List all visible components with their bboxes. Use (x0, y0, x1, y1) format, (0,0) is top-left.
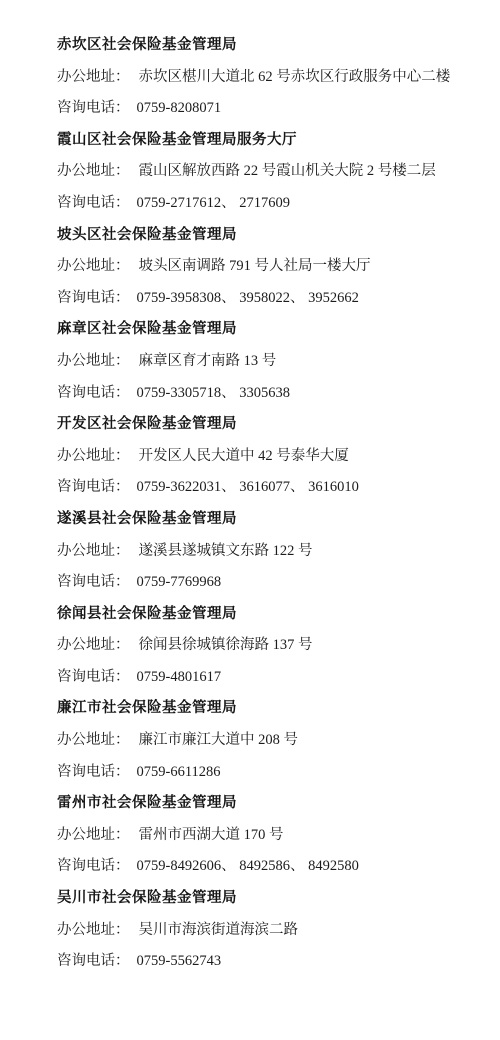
phone-value: 0759-8492606、 8492586、 8492580 (137, 858, 359, 874)
address-line: 办公地址：坡头区南调路 791 号人社局一楼大厅 (57, 251, 462, 283)
phone-line: 咨询电话：0759-3622031、 3616077、 3616010 (57, 472, 462, 504)
phone-label: 咨询电话： (57, 858, 130, 874)
address-value: 坡头区南调路 791 号人社局一楼大厅 (139, 258, 371, 274)
address-label: 办公地址： (57, 637, 130, 653)
address-label: 办公地址： (57, 69, 130, 85)
bureau-title: 遂溪县社会保险基金管理局 (57, 504, 462, 536)
address-value: 遂溪县遂城镇文东路 122 号 (139, 543, 313, 559)
address-line: 办公地址：开发区人民大道中 42 号泰华大厦 (57, 441, 462, 473)
phone-line: 咨询电话：0759-8492606、 8492586、 8492580 (57, 851, 462, 883)
phone-line: 咨询电话：0759-3958308、 3958022、 3952662 (57, 283, 462, 315)
address-label: 办公地址： (57, 163, 130, 179)
address-line: 办公地址：廉江市廉江大道中 208 号 (57, 725, 462, 757)
phone-value: 0759-8208071 (137, 100, 222, 116)
phone-label: 咨询电话： (57, 669, 130, 685)
phone-value: 0759-3305718、 3305638 (137, 385, 290, 401)
address-label: 办公地址： (57, 827, 130, 843)
phone-line: 咨询电话：0759-7769968 (57, 567, 462, 599)
phone-label: 咨询电话： (57, 479, 130, 495)
address-value: 霞山区解放西路 22 号霞山机关大院 2 号楼二层 (139, 163, 436, 179)
bureau-section: 开发区社会保险基金管理局 办公地址：开发区人民大道中 42 号泰华大厦 咨询电话… (57, 409, 462, 504)
phone-label: 咨询电话： (57, 195, 130, 211)
phone-label: 咨询电话： (57, 574, 130, 590)
phone-value: 0759-5562743 (137, 953, 222, 969)
bureau-section: 麻章区社会保险基金管理局 办公地址：麻章区育才南路 13 号 咨询电话：0759… (57, 314, 462, 409)
phone-value: 0759-3958308、 3958022、 3952662 (137, 290, 359, 306)
address-line: 办公地址：遂溪县遂城镇文东路 122 号 (57, 536, 462, 568)
address-label: 办公地址： (57, 922, 130, 938)
bureau-title: 雷州市社会保险基金管理局 (57, 788, 462, 820)
phone-label: 咨询电话： (57, 764, 130, 780)
address-line: 办公地址：赤坎区椹川大道北 62 号赤坎区行政服务中心二楼 (57, 62, 462, 94)
phone-label: 咨询电话： (57, 100, 130, 116)
address-value: 吴川市海滨街道海滨二路 (139, 922, 299, 938)
phone-label: 咨询电话： (57, 290, 130, 306)
phone-value: 0759-4801617 (137, 669, 222, 685)
phone-line: 咨询电话：0759-8208071 (57, 93, 462, 125)
bureau-section: 坡头区社会保险基金管理局 办公地址：坡头区南调路 791 号人社局一楼大厅 咨询… (57, 220, 462, 315)
address-label: 办公地址： (57, 732, 130, 748)
bureau-section: 徐闻县社会保险基金管理局 办公地址：徐闻县徐城镇徐海路 137 号 咨询电话：0… (57, 599, 462, 694)
bureau-title: 吴川市社会保险基金管理局 (57, 883, 462, 915)
address-label: 办公地址： (57, 353, 130, 369)
address-value: 麻章区育才南路 13 号 (139, 353, 277, 369)
phone-line: 咨询电话：0759-2717612、 2717609 (57, 188, 462, 220)
address-label: 办公地址： (57, 258, 130, 274)
bureau-section: 廉江市社会保险基金管理局 办公地址：廉江市廉江大道中 208 号 咨询电话：07… (57, 693, 462, 788)
address-label: 办公地址： (57, 543, 130, 559)
document-body: 赤坎区社会保险基金管理局 办公地址：赤坎区椹川大道北 62 号赤坎区行政服务中心… (0, 0, 500, 978)
bureau-section: 霞山区社会保险基金管理局服务大厅 办公地址：霞山区解放西路 22 号霞山机关大院… (57, 125, 462, 220)
address-value: 雷州市西湖大道 170 号 (139, 827, 284, 843)
bureau-title: 开发区社会保险基金管理局 (57, 409, 462, 441)
bureau-title: 赤坎区社会保险基金管理局 (57, 30, 462, 62)
phone-label: 咨询电话： (57, 953, 130, 969)
phone-line: 咨询电话：0759-3305718、 3305638 (57, 378, 462, 410)
phone-label: 咨询电话： (57, 385, 130, 401)
bureau-title: 徐闻县社会保险基金管理局 (57, 599, 462, 631)
phone-line: 咨询电话：0759-4801617 (57, 662, 462, 694)
bureau-section: 吴川市社会保险基金管理局 办公地址：吴川市海滨街道海滨二路 咨询电话：0759-… (57, 883, 462, 978)
bureau-section: 遂溪县社会保险基金管理局 办公地址：遂溪县遂城镇文东路 122 号 咨询电话：0… (57, 504, 462, 599)
bureau-title: 麻章区社会保险基金管理局 (57, 314, 462, 346)
address-value: 开发区人民大道中 42 号泰华大厦 (139, 448, 349, 464)
bureau-title: 廉江市社会保险基金管理局 (57, 693, 462, 725)
phone-value: 0759-6611286 (137, 764, 221, 780)
address-line: 办公地址：霞山区解放西路 22 号霞山机关大院 2 号楼二层 (57, 156, 462, 188)
address-line: 办公地址：雷州市西湖大道 170 号 (57, 820, 462, 852)
phone-line: 咨询电话：0759-6611286 (57, 757, 462, 789)
address-value: 徐闻县徐城镇徐海路 137 号 (139, 637, 313, 653)
bureau-title: 霞山区社会保险基金管理局服务大厅 (57, 125, 462, 157)
bureau-section: 赤坎区社会保险基金管理局 办公地址：赤坎区椹川大道北 62 号赤坎区行政服务中心… (57, 30, 462, 125)
phone-line: 咨询电话：0759-5562743 (57, 946, 462, 978)
phone-value: 0759-2717612、 2717609 (137, 195, 290, 211)
bureau-title: 坡头区社会保险基金管理局 (57, 220, 462, 252)
bureau-section: 雷州市社会保险基金管理局 办公地址：雷州市西湖大道 170 号 咨询电话：075… (57, 788, 462, 883)
address-value: 廉江市廉江大道中 208 号 (139, 732, 299, 748)
address-line: 办公地址：麻章区育才南路 13 号 (57, 346, 462, 378)
address-label: 办公地址： (57, 448, 130, 464)
phone-value: 0759-7769968 (137, 574, 222, 590)
address-line: 办公地址：徐闻县徐城镇徐海路 137 号 (57, 630, 462, 662)
phone-value: 0759-3622031、 3616077、 3616010 (137, 479, 359, 495)
address-line: 办公地址：吴川市海滨街道海滨二路 (57, 915, 462, 947)
address-value: 赤坎区椹川大道北 62 号赤坎区行政服务中心二楼 (139, 69, 451, 85)
